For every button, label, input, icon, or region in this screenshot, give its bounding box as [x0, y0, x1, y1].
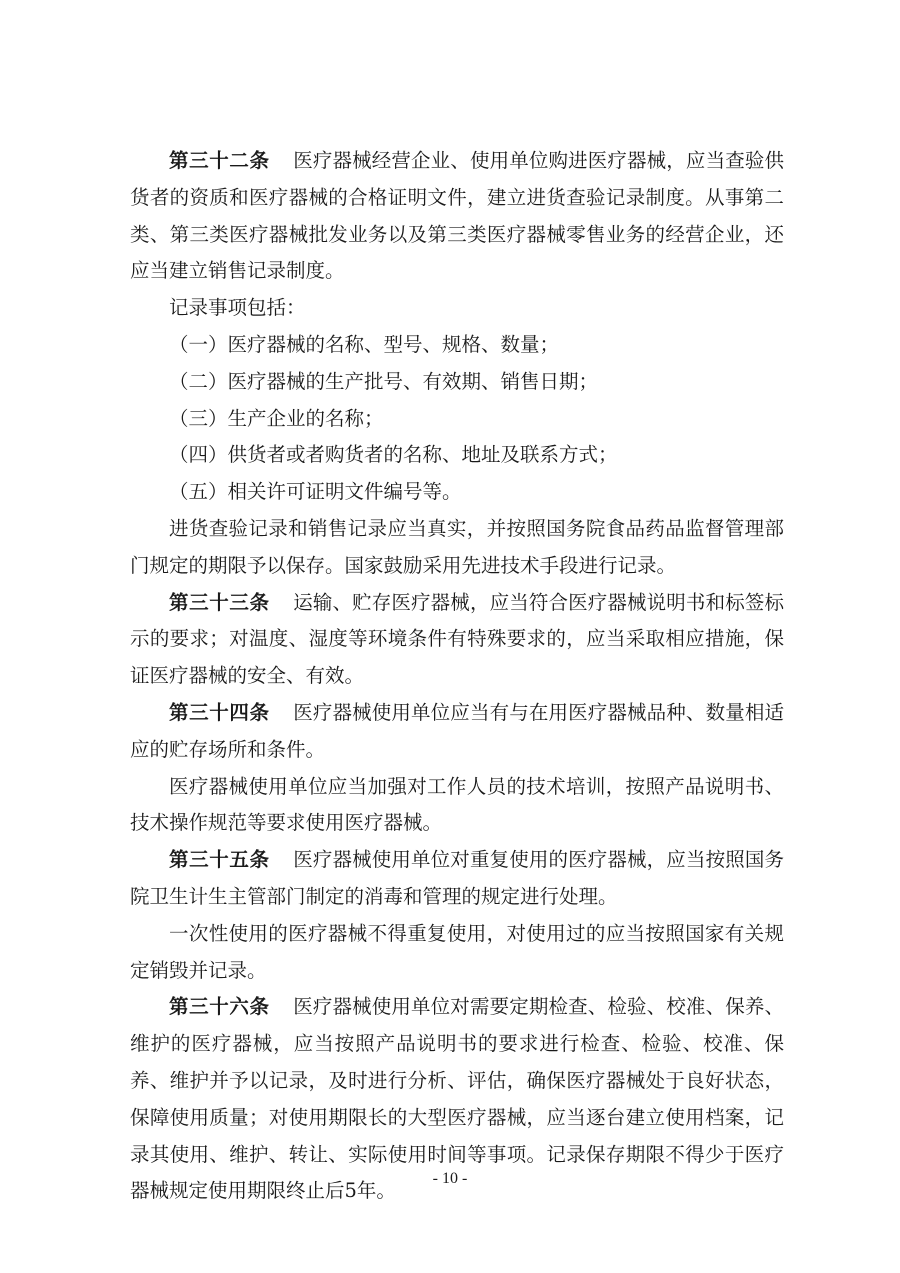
- document-body: 第三十二条医疗器械经营企业、使用单位购进医疗器械，应当查验供货者的资质和医疗器械…: [130, 143, 784, 1210]
- article-number: 第三十三条: [169, 591, 270, 614]
- page-number: - 10 -: [0, 1170, 900, 1188]
- article-number: 第三十五条: [169, 848, 270, 871]
- paragraph-text: 进货查验记录和销售记录应当真实，并按照国务院食品药品监督管理部门规定的期限予以保…: [130, 517, 784, 577]
- article-number: 第三十六条: [169, 995, 270, 1018]
- list-item: （四）供货者或者购货者的名称、地址及联系方式；: [130, 437, 784, 474]
- list-item: （三）生产企业的名称；: [130, 401, 784, 438]
- article-number: 第三十二条: [169, 149, 270, 172]
- list-item-text: （一）医疗器械的名称、型号、规格、数量；: [169, 333, 559, 356]
- list-item-text: （三）生产企业的名称；: [169, 407, 384, 430]
- article-33-paragraph: 第三十三条运输、贮存医疗器械，应当符合医疗器械说明书和标签标示的要求；对温度、湿…: [130, 585, 784, 695]
- list-item: （一）医疗器械的名称、型号、规格、数量；: [130, 327, 784, 364]
- article-32-paragraph: 第三十二条医疗器械经营企业、使用单位购进医疗器械，应当查验供货者的资质和医疗器械…: [130, 143, 784, 290]
- paragraph-text: 记录事项包括：: [169, 296, 306, 319]
- article-34-paragraph: 第三十四条医疗器械使用单位应当有与在用医疗器械品种、数量相适应的贮存场所和条件。: [130, 695, 784, 769]
- list-item-text: （五）相关许可证明文件编号等。: [169, 480, 462, 503]
- record-retention-paragraph: 进货查验记录和销售记录应当真实，并按照国务院食品药品监督管理部门规定的期限予以保…: [130, 511, 784, 585]
- paragraph-text: 医疗器械使用单位应当加强对工作人员的技术培训，按照产品说明书、技术操作规范等要求…: [130, 775, 784, 835]
- list-item: （五）相关许可证明文件编号等。: [130, 474, 784, 511]
- paragraph-text: 一次性使用的医疗器械不得重复使用，对使用过的应当按照国家有关规定销毁并记录。: [130, 922, 784, 982]
- list-item-text: （四）供货者或者购货者的名称、地址及联系方式；: [169, 443, 618, 466]
- single-use-paragraph: 一次性使用的医疗器械不得重复使用，对使用过的应当按照国家有关规定销毁并记录。: [130, 916, 784, 990]
- list-item-text: （二）医疗器械的生产批号、有效期、销售日期；: [169, 370, 598, 393]
- list-item: （二）医疗器械的生产批号、有效期、销售日期；: [130, 364, 784, 401]
- training-paragraph: 医疗器械使用单位应当加强对工作人员的技术培训，按照产品说明书、技术操作规范等要求…: [130, 769, 784, 843]
- record-items-intro: 记录事项包括：: [130, 290, 784, 327]
- article-35-paragraph: 第三十五条医疗器械使用单位对重复使用的医疗器械，应当按照国务院卫生计生主管部门制…: [130, 842, 784, 916]
- article-number: 第三十四条: [169, 701, 270, 724]
